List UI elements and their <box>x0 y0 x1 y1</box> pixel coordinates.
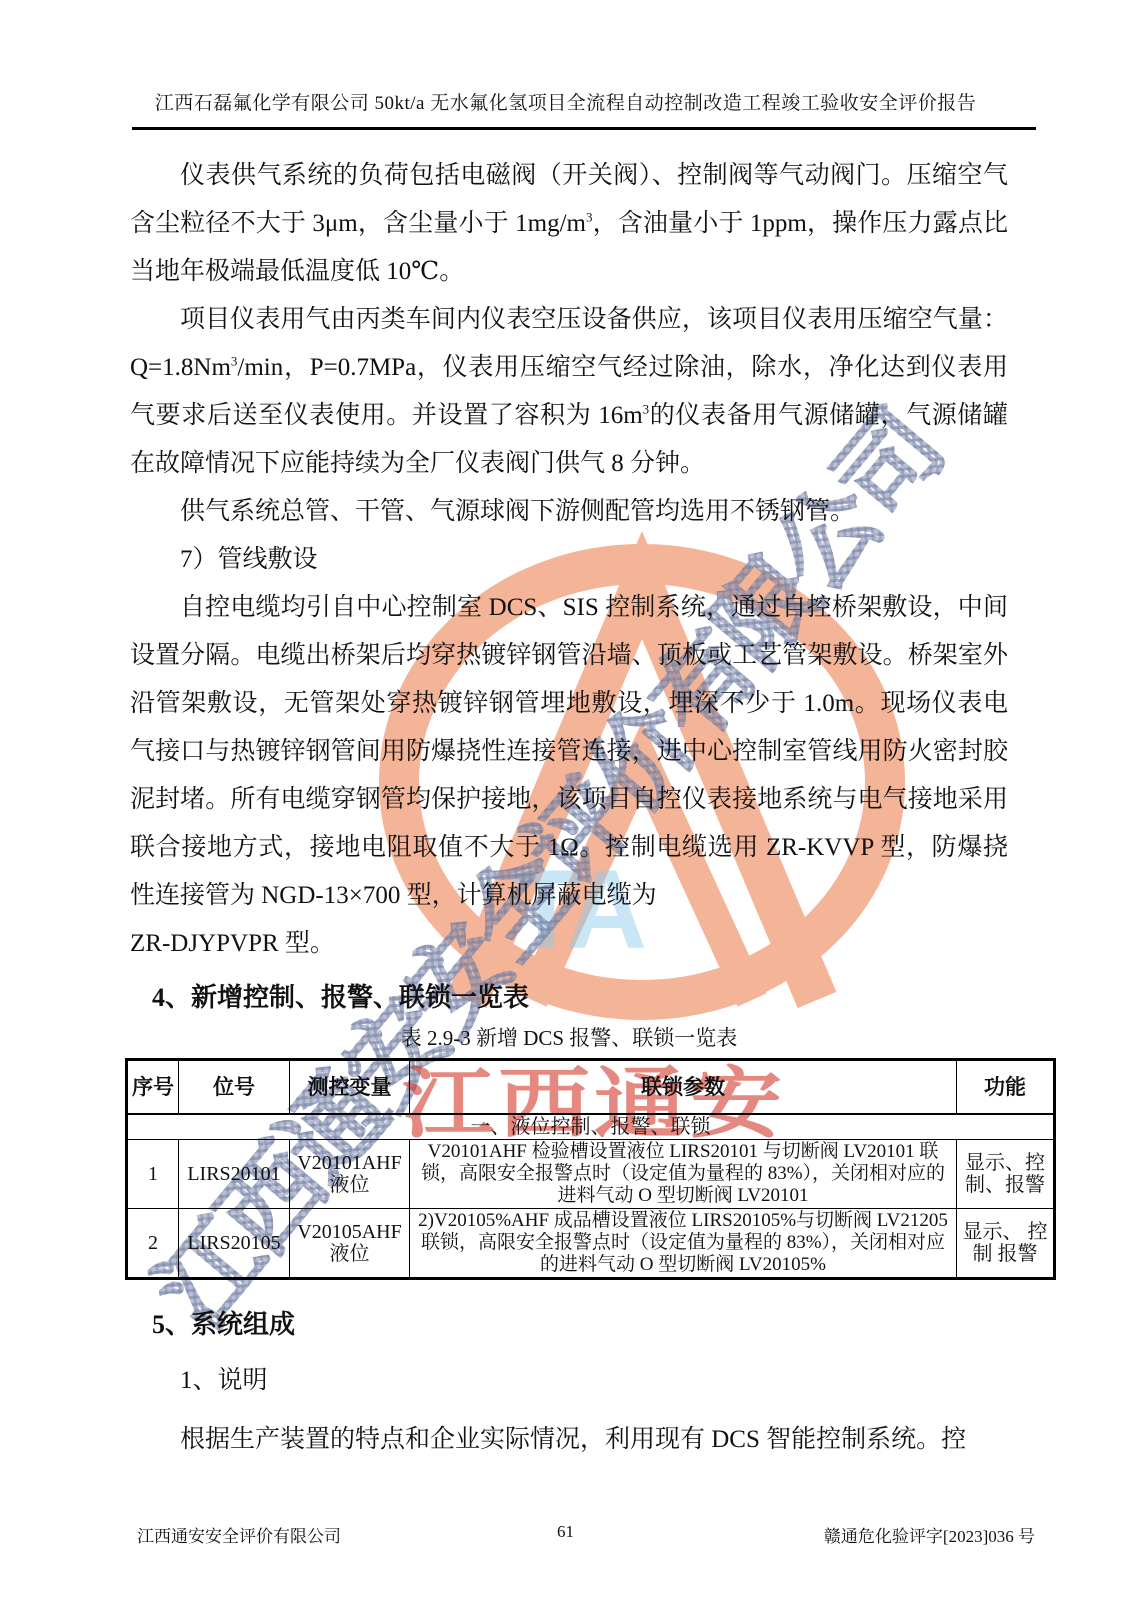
page-footer: 江西通安安全评价有限公司 61 赣通危化验评字[2023]036 号 <box>0 1522 1131 1552</box>
col-header-tag: 位号 <box>179 1060 290 1114</box>
section-heading-4: 4、新增控制、报警、联锁一览表 <box>152 978 1008 1018</box>
cell-function: 显示、 控制 报警 <box>957 1209 1055 1279</box>
table-section-row: 一、液位控制、报警、联锁 <box>127 1114 1055 1140</box>
dcs-alarm-interlock-table: 序号 位号 测控变量 联锁参数 功能 一、液位控制、报警、联锁 1 LIRS20… <box>125 1058 1056 1280</box>
subheading-pipeline-laying: 7）管线敷设 <box>130 536 1008 584</box>
footer-document-number: 赣通危化验评字[2023]036 号 <box>824 1522 1035 1547</box>
cell-function: 显示、控制、报警 <box>957 1140 1055 1209</box>
cell-variable: V20105AHF 液位 <box>290 1209 410 1279</box>
table-row: 1 LIRS20101 V20101AHF 液位 V20101AHF 检验槽设置… <box>127 1140 1055 1209</box>
cell-no: 1 <box>127 1140 179 1209</box>
paragraph-cable-type: ZR-DJYPVPR 型。 <box>130 920 1008 968</box>
section-heading-5: 5、系统组成 <box>152 1304 1008 1346</box>
cell-no: 2 <box>127 1209 179 1279</box>
table-header-row: 序号 位号 测控变量 联锁参数 功能 <box>127 1060 1055 1114</box>
section-row-label: 一、液位控制、报警、联锁 <box>127 1114 1055 1140</box>
paragraph-system-description: 根据生产装置的特点和企业实际情况，利用现有 DCS 智能控制系统。控 <box>130 1416 1008 1464</box>
document-body: 仪表供气系统的负荷包括电磁阀（开关阀）、控制阀等气动阀门。压缩空气含尘粒径不大于… <box>130 152 1008 1464</box>
subsection-heading-1: 1、说明 <box>180 1360 1008 1402</box>
header-rule <box>132 127 1036 130</box>
table-caption: 表 2.9-3 新增 DCS 报警、联锁一览表 <box>130 1022 1008 1054</box>
paragraph-cable-laying: 自控电缆均引自中心控制室 DCS、SIS 控制系统，通过自控桥架敷设，中间设置分… <box>130 584 1008 920</box>
paragraph-instrument-gas: 项目仪表用气由丙类车间内仪表空压设备供应，该项目仪表用压缩空气量：Q=1.8Nm… <box>130 296 1008 488</box>
table-row: 2 LIRS20105 V20105AHF 液位 2)V20105%AHF 成品… <box>127 1209 1055 1279</box>
cell-variable: V20101AHF 液位 <box>290 1140 410 1209</box>
cell-tag: LIRS20101 <box>179 1140 290 1209</box>
cell-interlock: 2)V20105%AHF 成品槽设置液位 LIRS20105%与切断阀 LV21… <box>410 1209 957 1279</box>
paragraph-piping: 供气系统总管、干管、气源球阀下游侧配管均选用不锈钢管。 <box>130 488 1008 536</box>
col-header-function: 功能 <box>957 1060 1055 1114</box>
col-header-no: 序号 <box>127 1060 179 1114</box>
col-header-variable: 测控变量 <box>290 1060 410 1114</box>
cell-interlock: V20101AHF 检验槽设置液位 LIRS20101 与切断阀 LV20101… <box>410 1140 957 1209</box>
col-header-interlock: 联锁参数 <box>410 1060 957 1114</box>
cell-tag: LIRS20105 <box>179 1209 290 1279</box>
paragraph-air-supply: 仪表供气系统的负荷包括电磁阀（开关阀）、控制阀等气动阀门。压缩空气含尘粒径不大于… <box>130 152 1008 296</box>
page-header-title: 江西石磊氟化学有限公司 50kt/a 无水氟化氢项目全流程自动控制改造工程竣工验… <box>60 88 1071 115</box>
